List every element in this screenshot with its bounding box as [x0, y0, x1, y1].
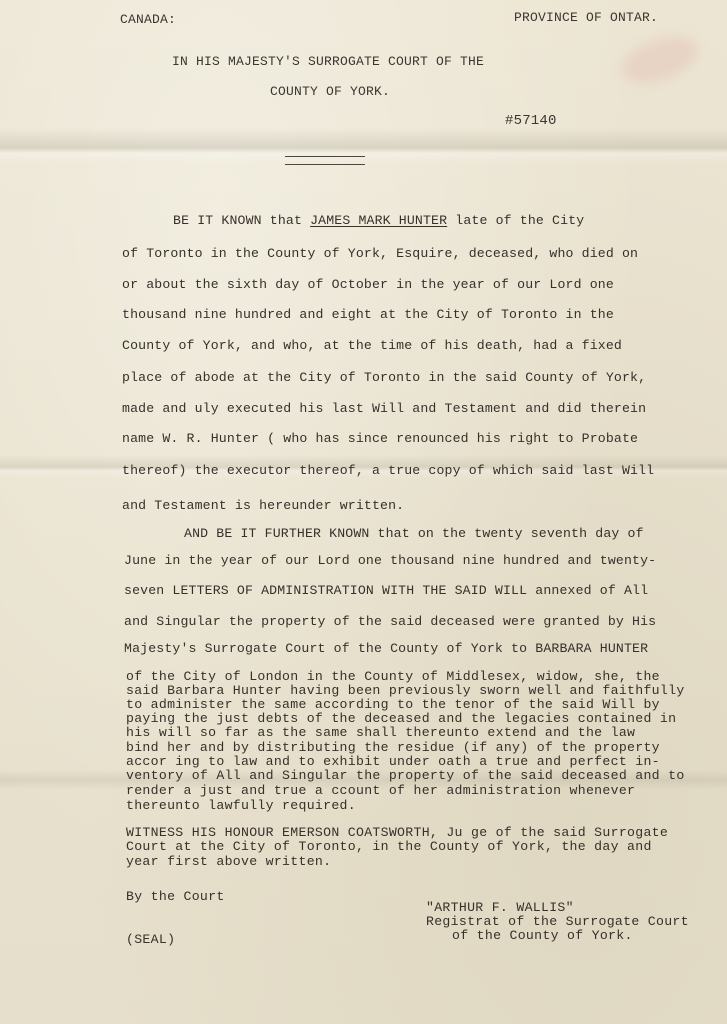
file-number: #57140: [505, 113, 557, 129]
paragraph-3-line: render a just and true a ccount of her a…: [126, 784, 635, 799]
paragraph-1-line: thousand nine hundred and eight at the C…: [122, 307, 614, 322]
by-the-court: By the Court: [126, 890, 225, 905]
paper-fold: [0, 128, 727, 164]
paragraph-2-line: seven LETTERS OF ADMINISTRATION WITH THE…: [124, 583, 648, 598]
registrar-county: of the County of York.: [452, 929, 633, 944]
paragraph-1-line: name W. R. Hunter ( who has since renoun…: [122, 431, 638, 446]
paragraph-3-line: his will so far as the same shall thereu…: [126, 726, 635, 741]
probate-document: CANADA: PROVINCE OF ONTAR. IN HIS MAJEST…: [0, 0, 727, 1024]
paragraph-1-line: and Testament is hereunder written.: [122, 498, 404, 513]
lead-text: BE IT KNOWN that: [173, 213, 310, 228]
paragraph-3-line: ventory of All and Singular the property…: [126, 769, 685, 784]
witness-line: year first above written.: [126, 855, 331, 870]
witness-line: Court at the City of Toronto, in the Cou…: [126, 840, 652, 855]
paragraph-2-line: AND BE IT FURTHER KNOWN that on the twen…: [184, 526, 644, 541]
paragraph-1-line: of Toronto in the County of York, Esquir…: [122, 246, 638, 261]
paragraph-1-line: or about the sixth day of October in the…: [122, 277, 614, 292]
country-label: CANADA:: [120, 12, 176, 27]
province-label: PROVINCE OF ONTAR.: [514, 10, 658, 25]
court-title-line-1: IN HIS MAJESTY'S SURROGATE COURT OF THE: [172, 54, 484, 69]
paragraph-2-line: June in the year of our Lord one thousan…: [124, 553, 656, 568]
paper-stain: [616, 28, 705, 93]
paragraph-3-line: thereunto lawfully required.: [126, 799, 356, 814]
paragraph-1-line: thereof) the executor thereof, a true co…: [122, 463, 654, 478]
seal-label: (SEAL): [126, 933, 175, 948]
divider-rule-bottom: [285, 164, 365, 165]
paragraph-1-lead: BE IT KNOWN that JAMES MARK HUNTER late …: [173, 213, 584, 228]
paragraph-1-line: made and uly executed his last Will and …: [122, 401, 646, 416]
paragraph-1-line: County of York, and who, at the time of …: [122, 338, 622, 353]
paragraph-2-line: Majesty's Surrogate Court of the County …: [124, 641, 648, 656]
divider-rule-top: [285, 156, 365, 157]
lead-rest: late of the City: [447, 213, 584, 228]
paragraph-1-line: place of abode at the City of Toronto in…: [122, 370, 646, 385]
deceased-name: JAMES MARK HUNTER: [310, 213, 447, 228]
paragraph-2-line: and Singular the property of the said de…: [124, 614, 656, 629]
court-title-line-2: COUNTY OF YORK.: [270, 84, 390, 99]
